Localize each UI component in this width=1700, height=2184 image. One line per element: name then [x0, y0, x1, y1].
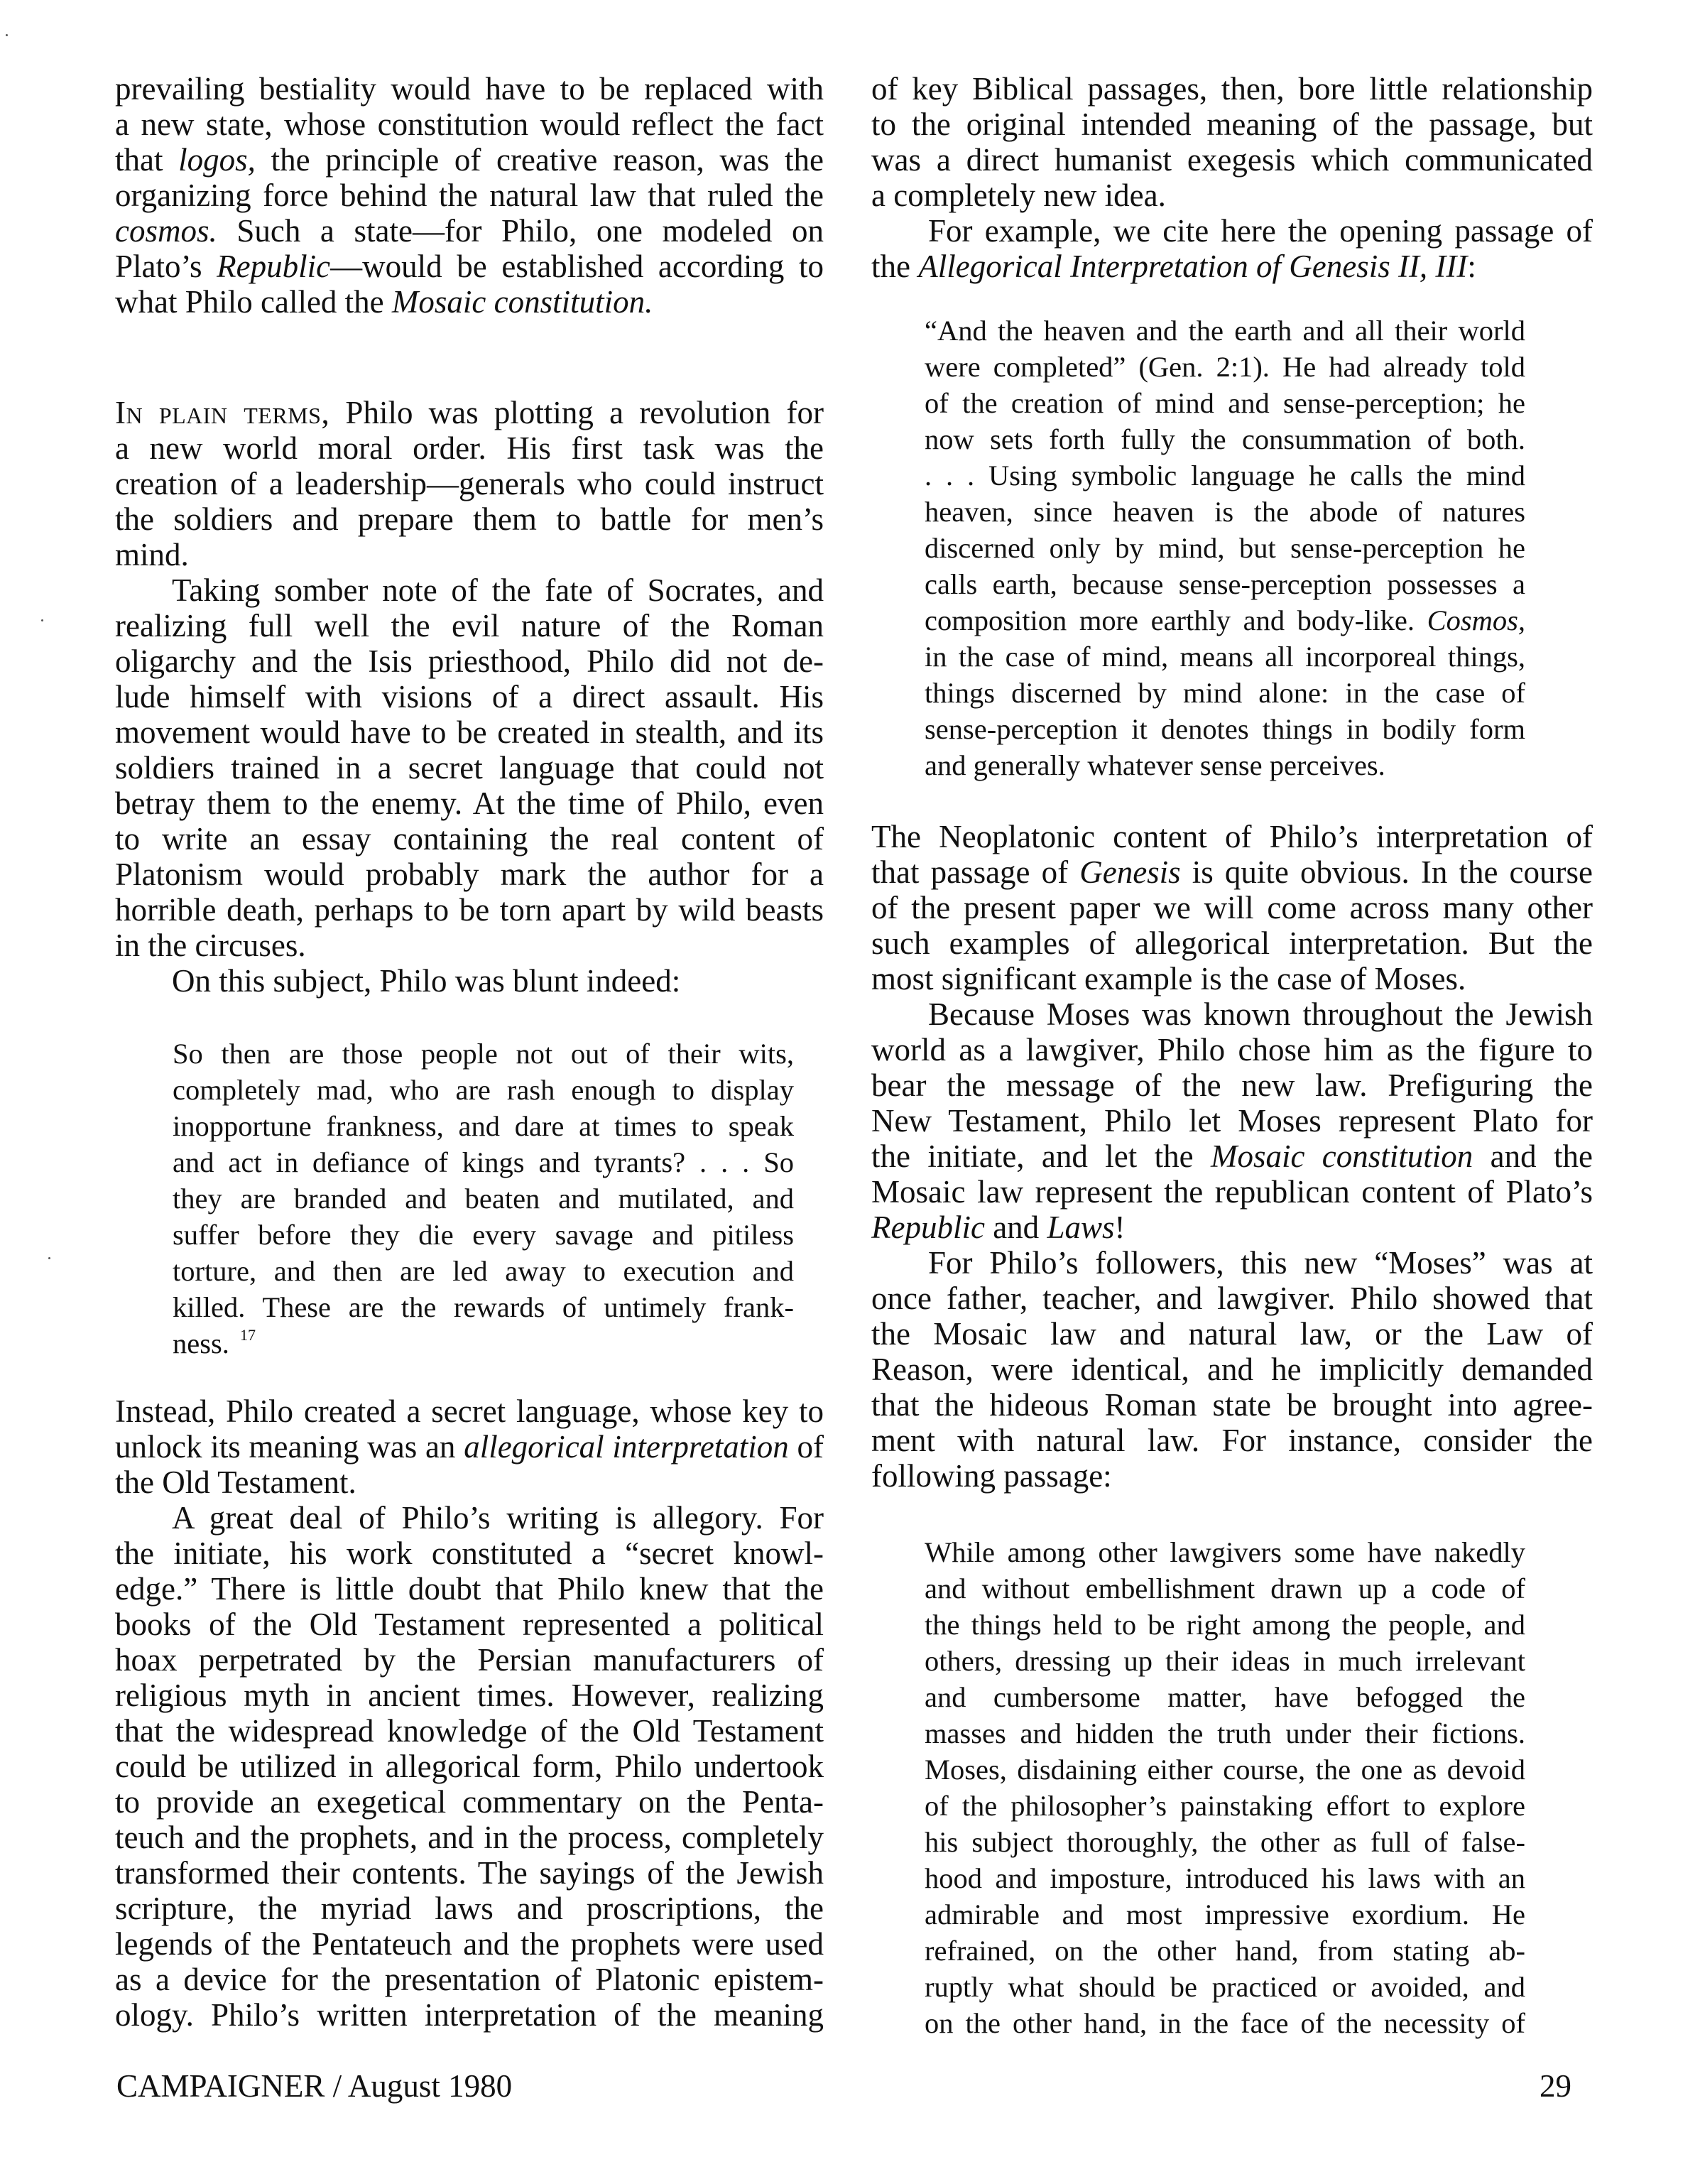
text-line: Platonism would probably mark the author…: [115, 857, 824, 892]
text-line: cosmos. Such a state—for Philo, one mode…: [115, 213, 824, 249]
text-line: For Philo’s followers, this new “Moses” …: [871, 1245, 1593, 1281]
text-run: admirable and most impressive exordium. …: [925, 1898, 1525, 1930]
text-line: in the circuses.: [115, 928, 824, 963]
text-run: in the case of mind, means all incorpore…: [925, 641, 1525, 673]
text-run: following passage:: [871, 1458, 1112, 1494]
text-line: that the hideous Roman state be brought …: [871, 1387, 1593, 1423]
text-run: Reason, were identical, and he implicitl…: [871, 1352, 1593, 1387]
section-lead-line: In plain terms, Philo was plotting a rev…: [115, 395, 824, 430]
text-run: For example, we cite here the opening pa…: [928, 213, 1593, 249]
footer-publication: CAMPAIGNER / August 1980: [116, 2068, 512, 2104]
text-line: others, dressing up their ideas in much …: [925, 1643, 1525, 1679]
text-line: prevailing bestiality would have to be r…: [115, 71, 824, 107]
text-line: hood and imposture, introduced his laws …: [925, 1860, 1525, 1896]
text-run: of key Biblical passages, then, bore lit…: [871, 71, 1593, 107]
text-line: his subject thoroughly, the other as ful…: [925, 1824, 1525, 1860]
text-run: organizing force behind the natural law …: [115, 178, 824, 213]
text-run: was a direct humanist exegesis which com…: [871, 142, 1593, 178]
text-line: Reason, were identical, and he implicitl…: [871, 1352, 1593, 1387]
text-line: horrible death, perhaps to be torn apart…: [115, 892, 824, 928]
text-line: Because Moses was known throughout the J…: [871, 996, 1593, 1032]
text-run: The Neoplatonic content of Philo’s inter…: [871, 819, 1593, 854]
scan-speck: [41, 619, 43, 621]
text-line: a new state, whose constitution would re…: [115, 107, 824, 142]
text-line: the initiate, his work constituted a “se…: [115, 1536, 824, 1571]
text-run: composition more earthly and body-like.: [925, 604, 1427, 636]
text-run: lude himself with visions of a direct as…: [115, 679, 824, 715]
text-run: Platonism would probably mark the author…: [115, 857, 824, 892]
text-run: :: [1467, 249, 1476, 284]
text-line: refrained, on the other hand, from stati…: [925, 1933, 1525, 1969]
text-line: of the philosopher’s painstaking effort …: [925, 1788, 1525, 1824]
text-run: and act in defiance of kings and tyrants…: [173, 1146, 794, 1178]
italic-run: allegorical interpretation: [464, 1429, 789, 1465]
text-run: books of the Old Testament represented a…: [115, 1607, 824, 1642]
text-line: soldiers trained in a secret language th…: [115, 750, 824, 786]
text-run: . . . Using symbolic language he calls t…: [925, 460, 1525, 491]
text-line: admirable and most impressive exordium. …: [925, 1896, 1525, 1933]
text-run: of the philosopher’s painstaking effort …: [925, 1790, 1525, 1822]
text-run: refrained, on the other hand, from stati…: [925, 1935, 1525, 1967]
text-run: religious myth in ancient times. However…: [115, 1678, 824, 1713]
text-run: the principle of creative reason, was th…: [256, 142, 824, 178]
text-run: Moses, disdaining either course, the one…: [925, 1754, 1525, 1786]
text-run: things discerned by mind alone: in the c…: [925, 677, 1525, 709]
text-run: a completely new idea.: [871, 178, 1166, 213]
text-run: Plato’s: [115, 249, 217, 284]
text-line: hoax perpetrated by the Persian manufact…: [115, 1642, 824, 1678]
italic-run: Republic: [871, 1210, 985, 1245]
text-line: realizing full well the evil nature of t…: [115, 608, 824, 643]
text-run: ness.: [173, 1327, 229, 1359]
text-line: inopportune frankness, and dare at times…: [173, 1108, 794, 1144]
text-line: legends of the Pentateuch and the prophe…: [115, 1926, 824, 1962]
text-run: soldiers trained in a secret language th…: [115, 750, 824, 786]
block-quote-1: So then are those people not out of thei…: [173, 1036, 794, 1362]
text-run: ruptly what should be practiced or avoid…: [925, 1971, 1525, 2003]
text-line: and act in defiance of kings and tyrants…: [173, 1144, 794, 1180]
text-line: Instead, Philo created a secret language…: [115, 1393, 824, 1429]
text-line: teuch and the prophets, and in the proce…: [115, 1820, 824, 1855]
text-line: heaven, since heaven is the abode of nat…: [925, 494, 1525, 530]
text-line: edge.” There is little doubt that Philo …: [115, 1571, 824, 1607]
text-line: betray them to the enemy. At the time of…: [115, 786, 824, 821]
text-run: the: [871, 249, 918, 284]
text-run: most significant example is the case of …: [871, 961, 1466, 996]
block-quote-2: “And the heaven and the earth and all th…: [925, 313, 1525, 783]
text-line: to provide an exegetical commentary on t…: [115, 1784, 824, 1820]
text-run: Because Moses was known throughout the J…: [928, 996, 1593, 1032]
left-column-p4: On this subject, Philo was blunt indeed:: [115, 963, 824, 999]
text-run: that: [115, 142, 178, 178]
text-line: that the widespread knowledge of the Old…: [115, 1713, 824, 1749]
text-line: bear the message of the new law. Prefigu…: [871, 1067, 1593, 1103]
section-lead-smallcaps: In plain terms,: [115, 395, 329, 430]
text-line: things discerned by mind alone: in the c…: [925, 675, 1525, 711]
text-line: now sets forth fully the consummation of…: [925, 421, 1525, 457]
text-run: —would be established according to: [330, 249, 824, 284]
text-run: Instead, Philo created a secret language…: [115, 1393, 824, 1429]
italic-run: Mosaic constitution: [1211, 1139, 1473, 1174]
text-run: movement would have to be created in ste…: [115, 715, 824, 750]
text-run: of the creation of mind and sense-percep…: [925, 387, 1525, 419]
text-run: were completed” (Gen. 2:1). He had alrea…: [925, 351, 1525, 383]
right-column-p1: of key Biblical passages, then, bore lit…: [871, 71, 1593, 213]
text-line: torture, and then are led away to execut…: [173, 1253, 794, 1289]
text-line: a new world moral order. His first task …: [115, 430, 824, 466]
text-line: transformed their contents. The sayings …: [115, 1855, 824, 1891]
text-line: as a device for the presentation of Plat…: [115, 1962, 824, 1997]
text-line: the Old Testament.: [115, 1465, 824, 1500]
text-line: unlock its meaning was an allegorical in…: [115, 1429, 824, 1465]
left-column-p6: A great deal of Philo’s writing is alleg…: [115, 1500, 824, 2033]
text-run: that the widespread knowledge of the Old…: [115, 1713, 824, 1749]
italic-run: Mosaic constitution.: [392, 284, 653, 320]
text-run: and: [985, 1210, 1047, 1245]
text-line: most significant example is the case of …: [871, 961, 1593, 996]
text-run: on the other hand, in the face of the ne…: [925, 2007, 1525, 2039]
italic-run: Cosmos,: [1427, 604, 1525, 636]
text-run: others, dressing up their ideas in much …: [925, 1645, 1525, 1677]
text-run: that the hideous Roman state be brought …: [871, 1387, 1593, 1423]
text-line: Plato’s Republic—would be established ac…: [115, 249, 824, 284]
right-column-p2: For example, we cite here the opening pa…: [871, 213, 1593, 284]
text-line: and without embellishment drawn up a cod…: [925, 1570, 1525, 1607]
text-run: and the: [1473, 1139, 1593, 1174]
text-line: religious myth in ancient times. However…: [115, 1678, 824, 1713]
text-run: A great deal of Philo’s writing is alleg…: [172, 1500, 824, 1536]
text-line: sense-perception it denotes things in bo…: [925, 711, 1525, 747]
text-line: calls earth, because sense-perception po…: [925, 566, 1525, 602]
text-line: on the other hand, in the face of the ne…: [925, 2005, 1525, 2041]
text-line: suffer before they die every savage and …: [173, 1217, 794, 1253]
text-line: the Allegorical Interpretation of Genesi…: [871, 249, 1593, 284]
text-run: a new state, whose constitution would re…: [115, 107, 824, 142]
text-line: composition more earthly and body-like. …: [925, 602, 1525, 639]
text-run: once father, teacher, and lawgiver. Phil…: [871, 1281, 1593, 1316]
text-line: could be utilized in allegorical form, P…: [115, 1749, 824, 1784]
block-quote-3: While among other lawgivers some have na…: [925, 1534, 1525, 2041]
text-run: that passage of: [871, 854, 1079, 890]
text-run: his subject thoroughly, the other as ful…: [925, 1826, 1525, 1858]
text-line: they are branded and beaten and mutilate…: [173, 1180, 794, 1217]
text-run: hood and imposture, introduced his laws …: [925, 1862, 1525, 1894]
text-run: of the present paper we will come across…: [871, 890, 1593, 925]
text-line: that logos, the principle of creative re…: [115, 142, 824, 178]
text-run: !: [1115, 1210, 1126, 1245]
text-run: hoax perpetrated by the Persian manufact…: [115, 1642, 824, 1678]
text-line: and cumbersome matter, have befogged the: [925, 1679, 1525, 1715]
text-line: creation of a leadership—generals who co…: [115, 466, 824, 501]
text-line: that passage of Genesis is quite obvious…: [871, 854, 1593, 890]
text-line: such examples of allegorical interpretat…: [871, 925, 1593, 961]
italic-run: Allegorical Interpretation of Genesis II…: [918, 249, 1467, 284]
text-line: ology. Philo’s written interpretation of…: [115, 1997, 824, 2033]
text-line: ment with natural law. For instance, con…: [871, 1423, 1593, 1458]
text-run: While among other lawgivers some have na…: [925, 1536, 1525, 1568]
text-run: torture, and then are led away to execut…: [173, 1255, 794, 1287]
text-run: the Old Testament.: [115, 1465, 356, 1500]
text-line: of the creation of mind and sense-percep…: [925, 385, 1525, 421]
italic-run: Genesis: [1079, 854, 1180, 890]
text-line: to the original intended meaning of the …: [871, 107, 1593, 142]
text-line: and generally whatever sense perceives.: [925, 747, 1525, 783]
text-run: inopportune frankness, and dare at times…: [173, 1110, 794, 1142]
text-line: to write an essay containing the real co…: [115, 821, 824, 857]
text-run: of: [789, 1429, 824, 1465]
text-run: and cumbersome matter, have befogged the: [925, 1681, 1525, 1713]
text-line: was a direct humanist exegesis which com…: [871, 142, 1593, 178]
italic-run: cosmos.: [115, 213, 217, 249]
text-run: Such a state—for Philo, one modeled on: [217, 213, 824, 249]
text-run: Mosaic law represent the republican cont…: [871, 1174, 1593, 1210]
text-line: scripture, the myriad laws and proscript…: [115, 1891, 824, 1926]
left-column-p3: Taking somber note of the fate of Socrat…: [115, 572, 824, 963]
text-run: sense-perception it denotes things in bo…: [925, 713, 1525, 745]
text-line: Mosaic law represent the republican cont…: [871, 1174, 1593, 1210]
text-line: On this subject, Philo was blunt indeed:: [115, 963, 824, 999]
block-quote-3-lines: While among other lawgivers some have na…: [925, 1534, 1525, 2041]
left-p2-rest: a new world moral order. His first task …: [115, 430, 824, 572]
text-run: betray them to the enemy. At the time of…: [115, 786, 824, 821]
text-run: completely mad, who are rash enough to d…: [173, 1074, 794, 1106]
left-column-p5: Instead, Philo created a secret language…: [115, 1393, 824, 1500]
text-run: could be utilized in allegorical form, P…: [115, 1749, 824, 1784]
text-line: the Mosaic law and natural law, or the L…: [871, 1316, 1593, 1352]
text-line: So then are those people not out of thei…: [173, 1036, 794, 1072]
text-run: the soldiers and prepare them to battle …: [115, 501, 824, 537]
text-run: to provide an exegetical commentary on t…: [115, 1784, 824, 1820]
text-run: prevailing bestiality would have to be r…: [115, 71, 824, 107]
text-line: movement would have to be created in ste…: [115, 715, 824, 750]
text-run: Taking somber note of the fate of Socrat…: [172, 572, 824, 608]
text-run: edge.” There is little doubt that Philo …: [115, 1571, 824, 1607]
text-line: discerned only by mind, but sense-percep…: [925, 530, 1525, 566]
text-line: books of the Old Testament represented a…: [115, 1607, 824, 1642]
left-column-p1: prevailing bestiality would have to be r…: [115, 71, 824, 320]
text-line: For example, we cite here the opening pa…: [871, 213, 1593, 249]
text-run: ment with natural law. For instance, con…: [871, 1423, 1593, 1458]
text-line: While among other lawgivers some have na…: [925, 1534, 1525, 1570]
text-run: unlock its meaning was an: [115, 1429, 464, 1465]
text-line: the soldiers and prepare them to battle …: [115, 501, 824, 537]
text-run: discerned only by mind, but sense-percep…: [925, 532, 1525, 564]
text-line: ruptly what should be practiced or avoid…: [925, 1969, 1525, 2005]
scan-speck: [48, 1257, 50, 1259]
text-line: of the present paper we will come across…: [871, 890, 1593, 925]
text-run: bear the message of the new law. Prefigu…: [871, 1067, 1593, 1103]
text-line: . . . Using symbolic language he calls t…: [925, 457, 1525, 494]
text-run: realizing full well the evil nature of t…: [115, 608, 824, 643]
text-run: teuch and the prophets, and in the proce…: [115, 1820, 824, 1855]
right-column-p4: Because Moses was known throughout the J…: [871, 996, 1593, 1245]
text-run: the things held to be right among the pe…: [925, 1609, 1525, 1641]
text-line: Republic and Laws!: [871, 1210, 1593, 1245]
text-run: a new world moral order. His first task …: [115, 430, 824, 466]
right-column-p5: For Philo’s followers, this new “Moses” …: [871, 1245, 1593, 1494]
text-run: in the circuses.: [115, 928, 306, 963]
text-run: is quite obvious. In the course: [1181, 854, 1593, 890]
text-run: the initiate, his work constituted a “se…: [115, 1536, 824, 1571]
text-line: were completed” (Gen. 2:1). He had alrea…: [925, 349, 1525, 385]
text-line: mind.: [115, 537, 824, 572]
text-run: such examples of allegorical interpretat…: [871, 925, 1593, 961]
text-line: world as a lawgiver, Philo chose him as …: [871, 1032, 1593, 1067]
text-run: the Mosaic law and natural law, or the L…: [871, 1316, 1593, 1352]
italic-run: Laws: [1047, 1210, 1114, 1245]
text-run: ology. Philo’s written interpretation of…: [115, 1997, 824, 2033]
text-run: killed. These are the rewards of untimel…: [173, 1291, 794, 1323]
text-line: ness.: [173, 1325, 794, 1362]
text-line: Taking somber note of the fate of Socrat…: [115, 572, 824, 608]
text-run: On this subject, Philo was blunt indeed:: [172, 963, 680, 999]
text-run: New Testament, Philo let Moses represent…: [871, 1103, 1593, 1139]
section-lead-rest: Philo was plotting a revolution for: [329, 395, 824, 430]
text-line: completely mad, who are rash enough to d…: [173, 1072, 794, 1108]
text-line: Moses, disdaining either course, the one…: [925, 1751, 1525, 1788]
text-line: A great deal of Philo’s writing is alleg…: [115, 1500, 824, 1536]
text-run: heaven, since heaven is the abode of nat…: [925, 496, 1525, 528]
text-line: The Neoplatonic content of Philo’s inter…: [871, 819, 1593, 854]
text-run: world as a lawgiver, Philo chose him as …: [871, 1032, 1593, 1067]
text-line: masses and hidden the truth under their …: [925, 1715, 1525, 1751]
text-run: to the original intended meaning of the …: [871, 107, 1593, 142]
text-line: organizing force behind the natural law …: [115, 178, 824, 213]
text-run: masses and hidden the truth under their …: [925, 1717, 1525, 1749]
text-run: suffer before they die every savage and …: [173, 1219, 794, 1251]
text-run: as a device for the presentation of Plat…: [115, 1962, 824, 1997]
page-number: 29: [1540, 2068, 1571, 2104]
text-line: killed. These are the rewards of untimel…: [173, 1289, 794, 1325]
text-run: For Philo’s followers, this new “Moses” …: [928, 1245, 1593, 1281]
left-column-p2: In plain terms, Philo was plotting a rev…: [115, 395, 824, 572]
text-line: “And the heaven and the earth and all th…: [925, 313, 1525, 349]
text-line: oligarchy and the Isis priesthood, Philo…: [115, 643, 824, 679]
block-quote-2-lines: “And the heaven and the earth and all th…: [925, 313, 1525, 783]
text-run: and without embellishment drawn up a cod…: [925, 1572, 1525, 1604]
text-run: and generally whatever sense perceives.: [925, 749, 1385, 781]
text-line: of key Biblical passages, then, bore lit…: [871, 71, 1593, 107]
text-line: lude himself with visions of a direct as…: [115, 679, 824, 715]
text-line: New Testament, Philo let Moses represent…: [871, 1103, 1593, 1139]
scan-speck: [6, 34, 8, 36]
italic-run: Republic: [217, 249, 330, 284]
text-run: scripture, the myriad laws and proscript…: [115, 1891, 824, 1926]
block-quote-1-lines: So then are those people not out of thei…: [173, 1036, 794, 1362]
text-run: So then are those people not out of thei…: [173, 1038, 794, 1070]
text-line: what Philo called the Mosaic constitutio…: [115, 284, 824, 320]
text-run: horrible death, perhaps to be torn apart…: [115, 892, 824, 928]
text-run: creation of a leadership—generals who co…: [115, 466, 824, 501]
right-column-p3: The Neoplatonic content of Philo’s inter…: [871, 819, 1593, 996]
italic-run: logos,: [178, 142, 256, 178]
text-line: the initiate, and let the Mosaic constit…: [871, 1139, 1593, 1174]
text-run: oligarchy and the Isis priesthood, Philo…: [115, 643, 824, 679]
text-run: calls earth, because sense-perception po…: [925, 568, 1525, 600]
text-line: following passage:: [871, 1458, 1593, 1494]
text-run: they are branded and beaten and mutilate…: [173, 1183, 794, 1215]
text-run: to write an essay containing the real co…: [115, 821, 824, 857]
text-run: the initiate, and let the: [871, 1139, 1211, 1174]
text-run: transformed their contents. The sayings …: [115, 1855, 824, 1891]
text-line: the things held to be right among the pe…: [925, 1607, 1525, 1643]
text-run: what Philo called the: [115, 284, 392, 320]
text-run: now sets forth fully the consummation of…: [925, 423, 1525, 455]
text-line: a completely new idea.: [871, 178, 1593, 213]
text-run: “And the heaven and the earth and all th…: [925, 315, 1525, 347]
text-line: once father, teacher, and lawgiver. Phil…: [871, 1281, 1593, 1316]
text-run: legends of the Pentateuch and the prophe…: [115, 1926, 824, 1962]
text-line: in the case of mind, means all incorpore…: [925, 639, 1525, 675]
text-run: mind.: [115, 537, 189, 572]
